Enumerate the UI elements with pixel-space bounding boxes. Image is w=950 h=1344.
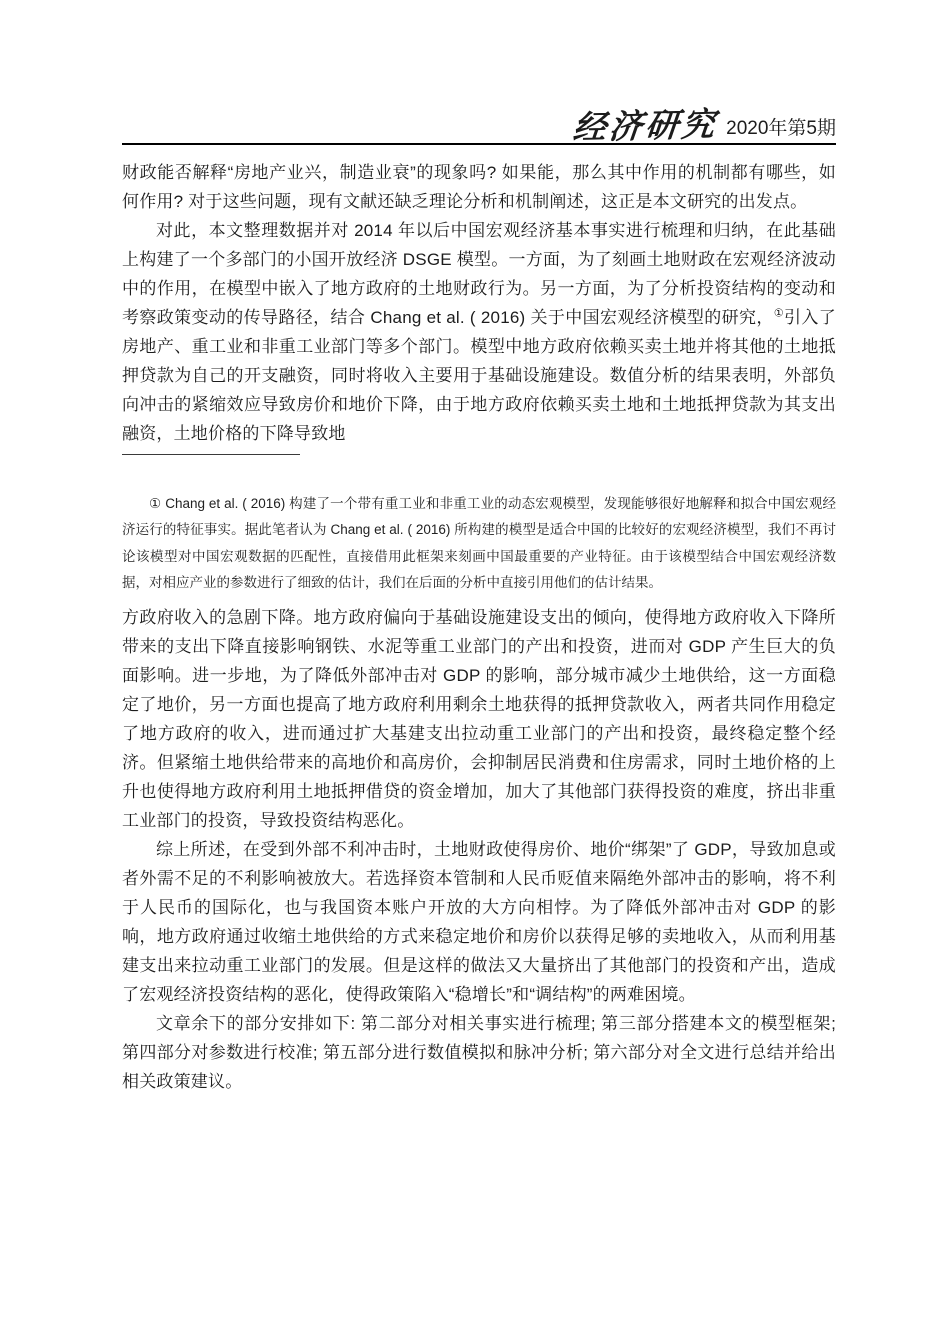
issue-label: 2020年第5期 xyxy=(726,119,836,140)
body-paragraph: 方政府收入的急剧下降。地方政府偏向于基础设施建设支出的倾向，使得地方政府收入下降… xyxy=(122,603,836,835)
paragraph-text: 对此，本文整理数据并对 2014 年以后中国宏观经济基本事实进行梳理和归纳，在此… xyxy=(122,221,836,327)
header-rule xyxy=(122,143,836,145)
journal-page: 经济研究 2020年第5期 财政能否解释“房地产业兴，制造业衰”的现象吗? 如果… xyxy=(0,0,950,1344)
body-text-upper: 财政能否解释“房地产业兴，制造业衰”的现象吗? 如果能，那么其中作用的机制都有哪… xyxy=(122,158,836,448)
body-paragraph: 财政能否解释“房地产业兴，制造业衰”的现象吗? 如果能，那么其中作用的机制都有哪… xyxy=(122,158,836,216)
journal-logo: 经济研究 xyxy=(572,107,730,144)
body-paragraph: 文章余下的部分安排如下: 第二部分对相关事实进行梳理; 第三部分搭建本文的模型框… xyxy=(122,1009,836,1096)
footnote-marker: ① xyxy=(774,307,784,319)
body-paragraph: 对此，本文整理数据并对 2014 年以后中国宏观经济基本事实进行梳理和归纳，在此… xyxy=(122,216,836,448)
paragraph-text: 引入了房地产、重工业和非重工业部门等多个部门。模型中地方政府依赖买卖土地并将其他… xyxy=(122,308,836,443)
body-paragraph: 综上所述，在受到外部不利冲击时，土地财政使得房价、地价“绑架”了 GDP，导致加… xyxy=(122,835,836,1009)
footnote: ① Chang et al. ( 2016) 构建了一个带有重工业和非重工业的动… xyxy=(122,491,836,596)
page-header: 经济研究 2020年第5期 xyxy=(122,0,836,140)
footnote-separator xyxy=(122,454,300,455)
body-text-lower: 方政府收入的急剧下降。地方政府偏向于基础设施建设支出的倾向，使得地方政府收入下降… xyxy=(122,603,836,1096)
footnote-text: ① Chang et al. ( 2016) 构建了一个带有重工业和非重工业的动… xyxy=(122,491,836,596)
page-content: 经济研究 2020年第5期 财政能否解释“房地产业兴，制造业衰”的现象吗? 如果… xyxy=(122,0,836,1096)
